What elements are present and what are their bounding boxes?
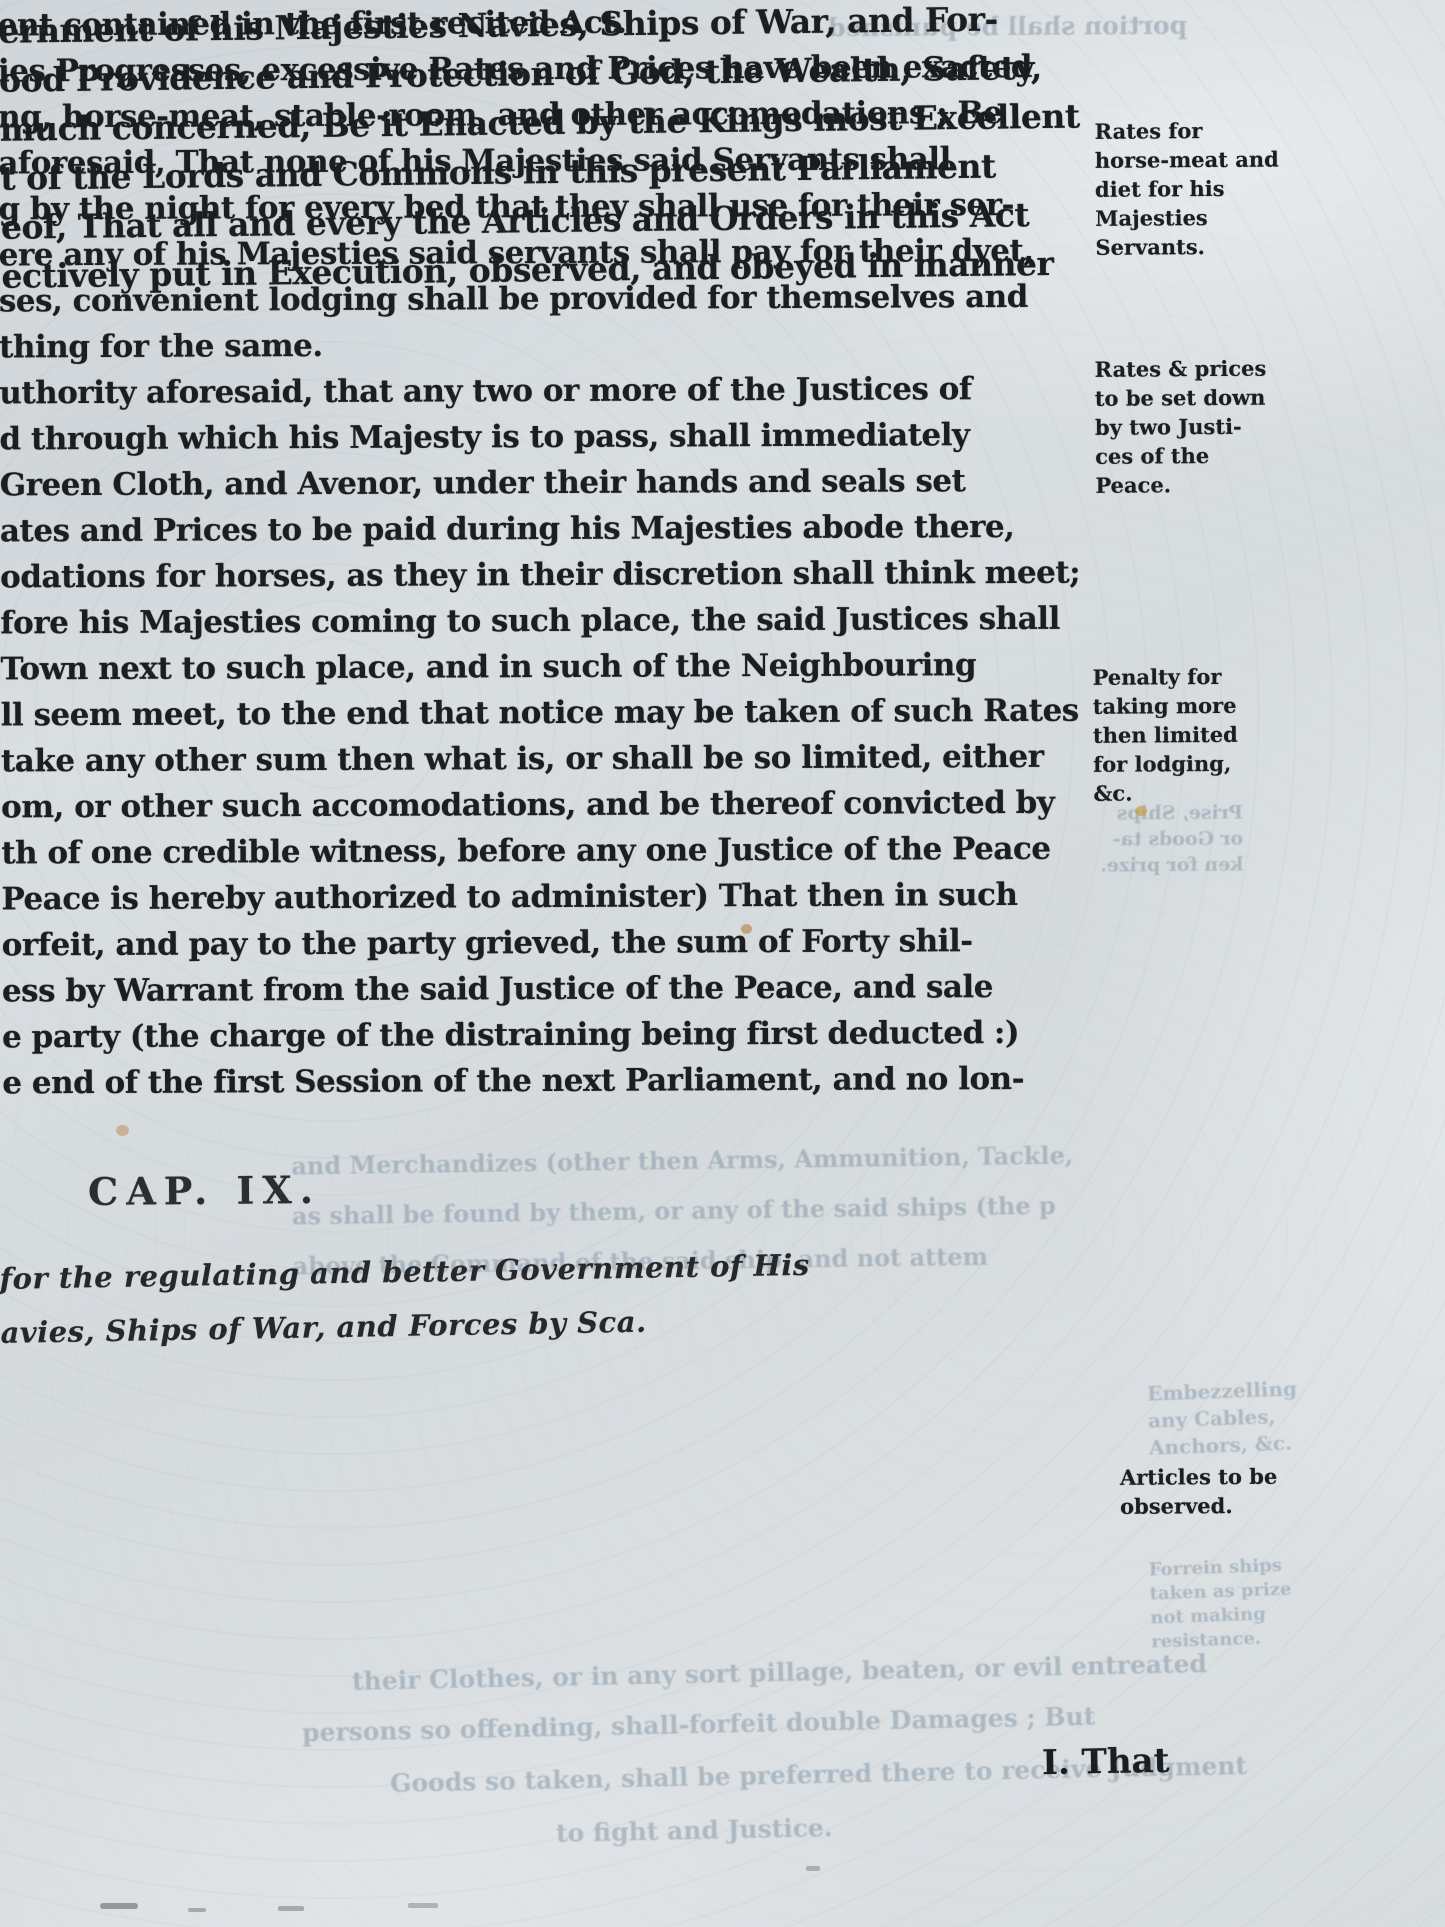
paper-stain <box>741 924 752 934</box>
chapter-heading: CAP. IX. <box>88 1167 321 1214</box>
margin-note-line: to be set down <box>1095 382 1330 413</box>
margin-note-line: then limited <box>1093 719 1328 750</box>
body-text-line: fore his Majesties coming to such place,… <box>0 596 1098 647</box>
catchword: I. That <box>1042 1741 1170 1783</box>
margin-note-line: diet for his <box>1095 173 1330 204</box>
margin-note-penalty: Penalty fortaking morethen limitedfor lo… <box>1092 661 1328 808</box>
margin-note-line: Rates for <box>1094 115 1329 146</box>
margin-note-line: horse-meat and <box>1095 144 1330 175</box>
body-text-line: thing for the same. <box>0 320 1097 371</box>
body-text-line: th of one credible witness, before any o… <box>1 826 1099 877</box>
body-text-line: take any other sum then what is, or shal… <box>1 734 1099 785</box>
bleedthrough-line: Anchors, &c. <box>1149 1429 1300 1461</box>
bleedthrough-line: ken for prize. <box>1100 851 1243 878</box>
margin-note-line: Majesties <box>1095 202 1330 233</box>
paper-stain <box>1135 806 1147 816</box>
body-text-line: e end of the first Session of the next P… <box>2 1056 1100 1107</box>
margin-note-line: Penalty for <box>1092 661 1327 692</box>
paper-smudge <box>100 1903 138 1909</box>
paper-stain <box>116 1125 129 1136</box>
bleedthrough-line: taken as prize <box>1149 1578 1292 1607</box>
margin-note-line: Rates & prices <box>1094 353 1329 384</box>
paper-smudge <box>408 1903 438 1908</box>
bleedthrough-bottom-line: to fight and Justice. <box>556 1813 833 1848</box>
body-text-line: ates and Prices to be paid during his Ma… <box>0 504 1098 555</box>
margin-note-line: observed. <box>1120 1490 1355 1521</box>
body-text-line: ll seem meet, to the end that notice may… <box>1 688 1099 739</box>
bleedthrough-forrein-note: Forrein shipstaken as prizenot makingres… <box>1148 1554 1293 1655</box>
body-text-line: om, or other such accomodations, and be … <box>1 780 1099 831</box>
body-text-line: e party (the charge of the distraining b… <box>2 1010 1100 1061</box>
bleedthrough-embezzel-note: Embezzellingany Cables,Anchors, &c. <box>1147 1375 1300 1461</box>
bleedthrough-line: or Goods ta- <box>1100 826 1243 853</box>
margin-note-rates-prices: Rates & pricesto be set downby two Justi… <box>1094 353 1330 500</box>
body-text-line: Town next to such place, and in such of … <box>0 642 1098 693</box>
margin-note-line: taking more <box>1093 690 1328 721</box>
margin-note-articles: Articles to beobserved. <box>1120 1461 1355 1521</box>
bleedthrough-bottom-line: their Clothes, or in any sort pillage, b… <box>352 1649 1207 1696</box>
body-text-line: Peace is hereby authorized to administer… <box>1 872 1099 923</box>
bleedthrough-prize-note: Prise, Shipsor Goods ta-ken for prize. <box>1100 800 1244 879</box>
chapter-subtitle: for the regulating and better Government… <box>0 1240 681 1360</box>
margin-note-line: by two Justi- <box>1095 411 1330 442</box>
paper-smudge <box>806 1866 820 1871</box>
margin-note-line: for lodging, <box>1093 748 1328 779</box>
margin-note-line: Servants. <box>1095 231 1330 262</box>
chapter-subtitle-line: avies, Ships of War, and Forces by Sca. <box>0 1294 681 1360</box>
body-text-line: d through which his Majesty is to pass, … <box>0 412 1098 463</box>
body-text-line: odations for horses, as they in their di… <box>0 550 1098 601</box>
paper-smudge <box>278 1906 304 1911</box>
body-text-block-2: ernment of his Majesties Navies, Ships o… <box>0 0 1107 301</box>
paper-smudge <box>188 1908 206 1912</box>
margin-note-line: ces of the <box>1095 440 1330 471</box>
body-text-line: uthority aforesaid, that any two or more… <box>0 366 1097 417</box>
bleedthrough-bottom-line: persons so offending, shall-forfeit doub… <box>302 1702 1096 1748</box>
body-text-line: Green Cloth, and Avenor, under their han… <box>0 458 1098 509</box>
margin-note-rates-horsemeat: Rates forhorse-meat anddiet for hisMajes… <box>1094 115 1330 262</box>
body-text-line: ess by Warrant from the said Justice of … <box>2 964 1100 1015</box>
body-text-line: orfeit, and pay to the party grieved, th… <box>2 918 1100 969</box>
margin-note-line: &c. <box>1093 777 1328 808</box>
document-page: portion shall be punished Prise, Shipsor… <box>0 0 1445 1927</box>
margin-note-line: Peace. <box>1095 469 1330 500</box>
margin-note-line: Articles to be <box>1120 1461 1355 1492</box>
